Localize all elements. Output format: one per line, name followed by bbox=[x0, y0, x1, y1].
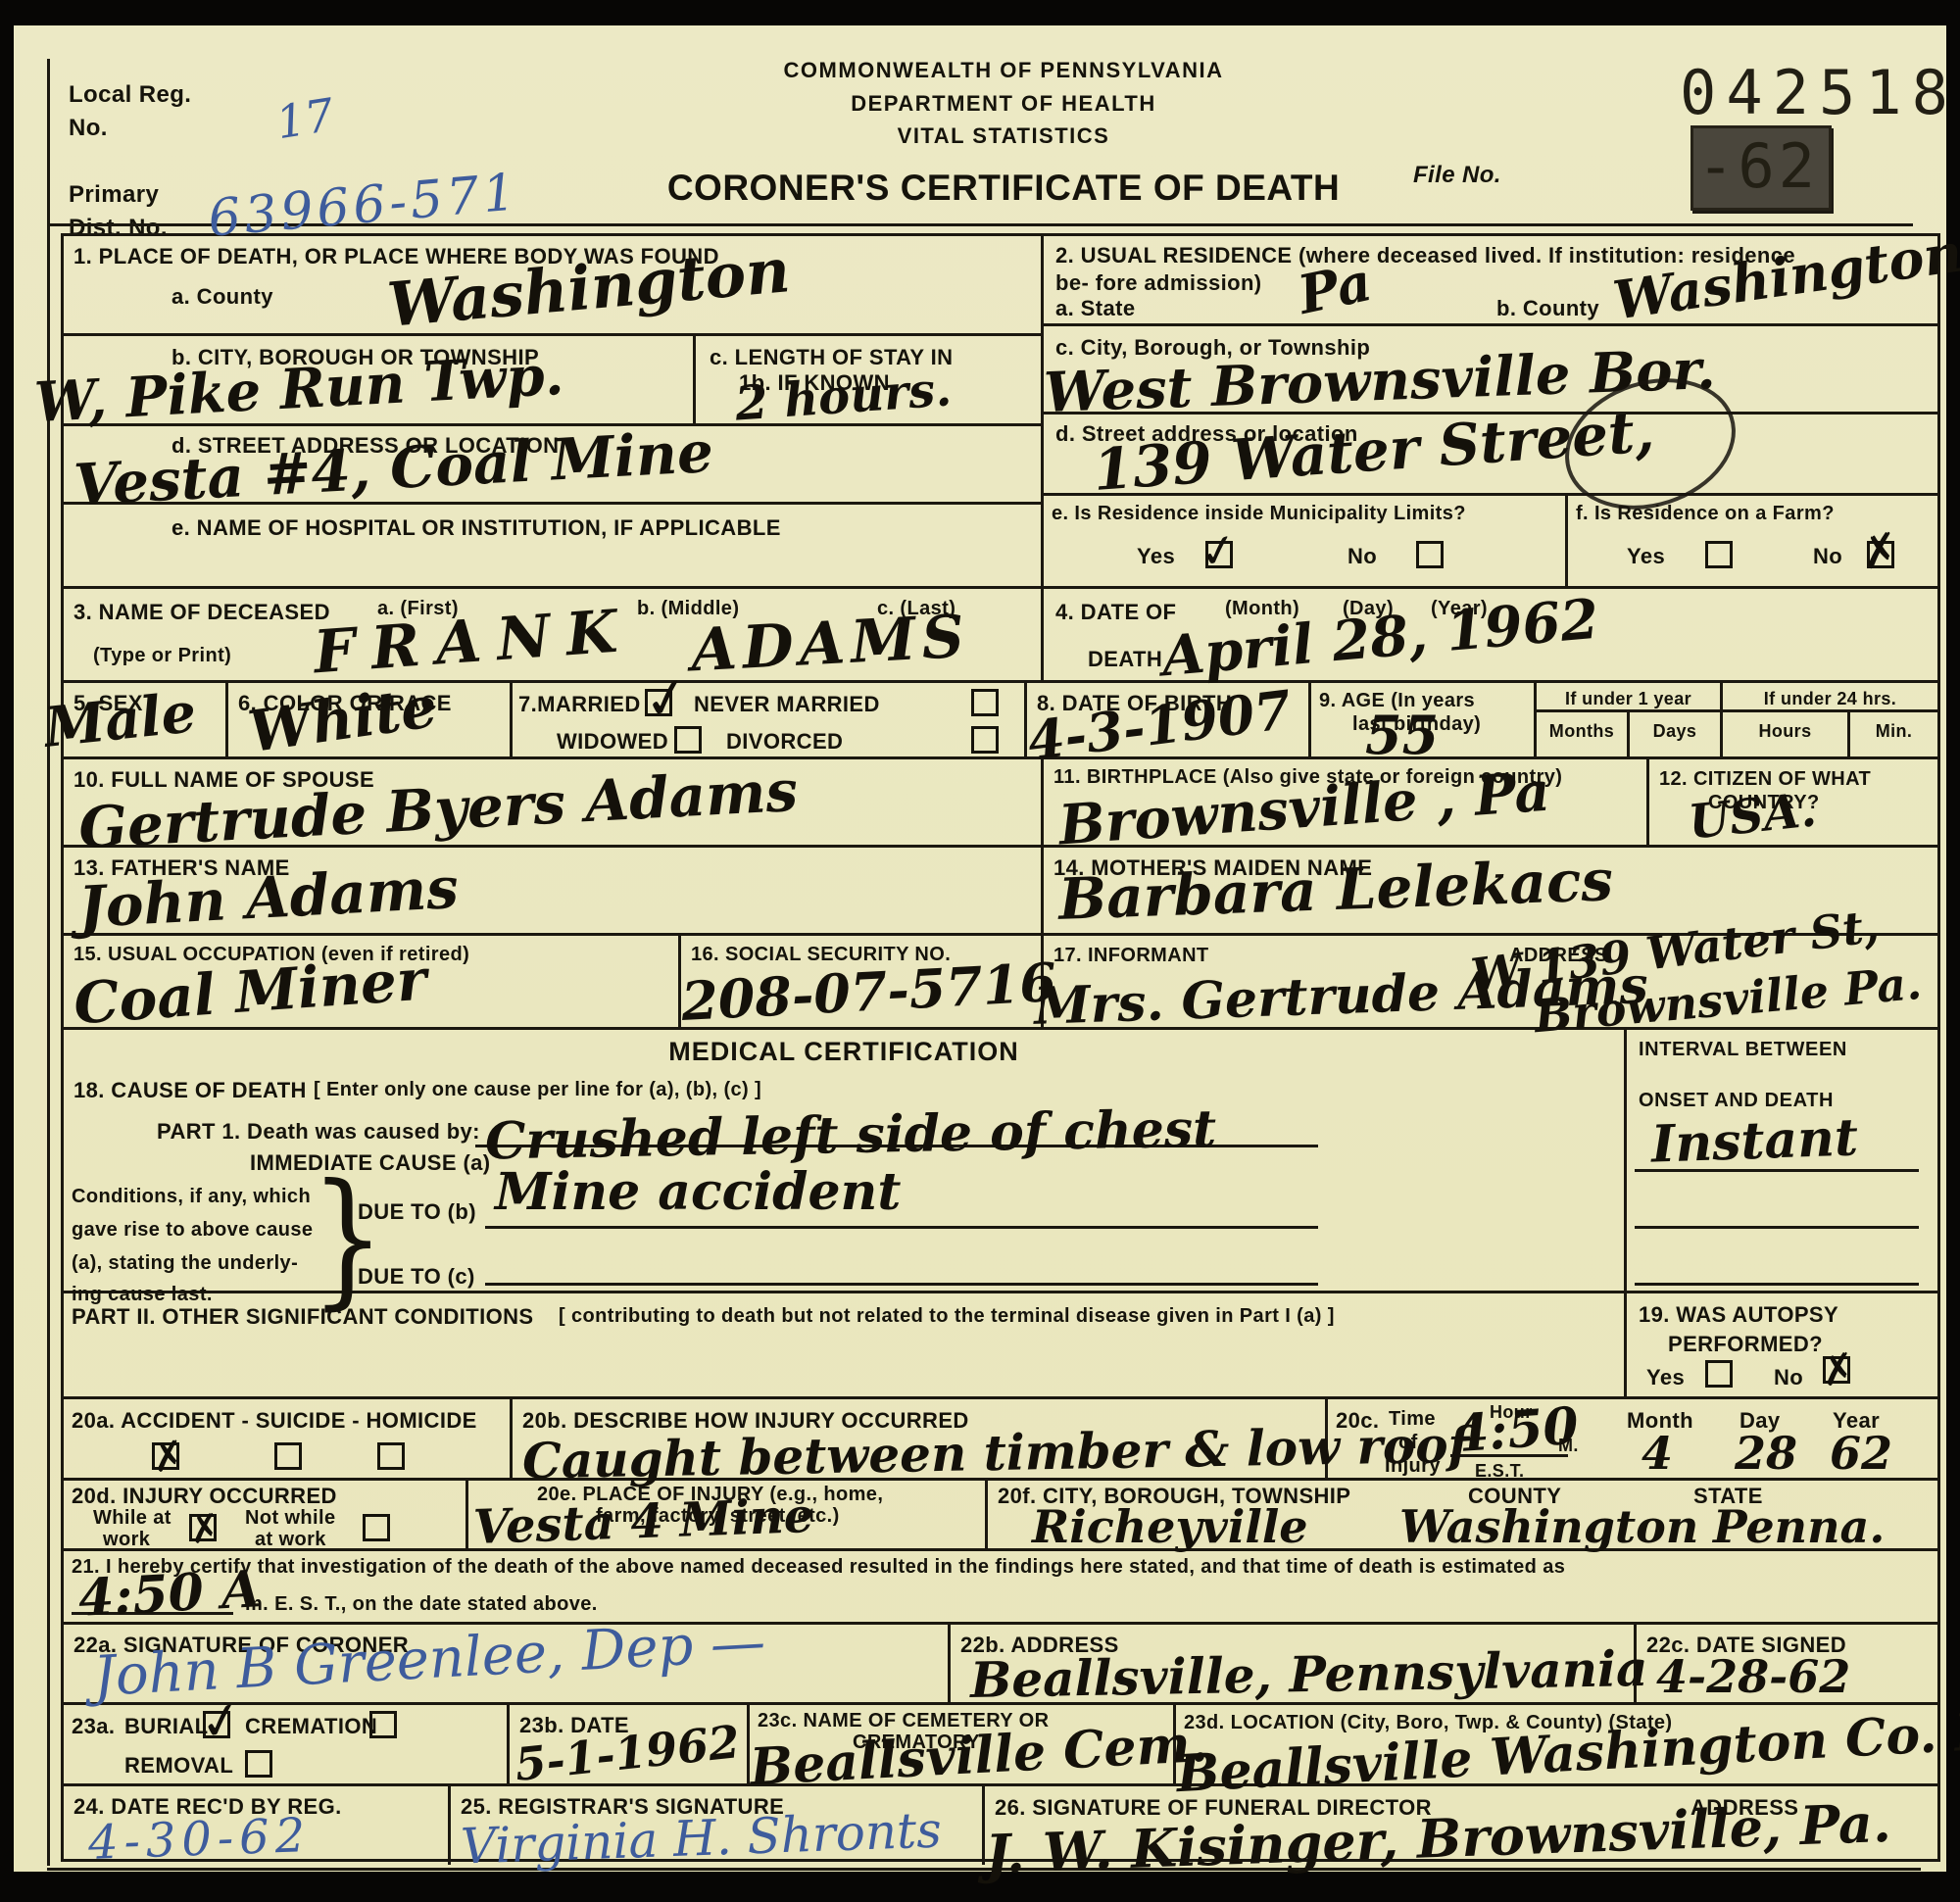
field-8-date-of-birth: 8. DATE OF BIRTH 4-3-1907 bbox=[1027, 683, 1311, 756]
married-checkbox: ✓ bbox=[645, 689, 672, 716]
date-signed-value: 4-28-62 bbox=[1656, 1654, 1850, 1699]
county-label: a. County bbox=[171, 283, 273, 311]
field-2ef: e. Is Residence inside Municipality Limi… bbox=[1044, 496, 1937, 589]
part1-label: PART 1. Death was caused by: bbox=[157, 1118, 480, 1146]
farm-no-label: No bbox=[1813, 543, 1842, 570]
mother-value: Barbara Lelekacs bbox=[1057, 852, 1614, 928]
cause-of-death-label: 18. CAUSE OF DEATH bbox=[73, 1077, 307, 1104]
interval-line-c bbox=[1635, 1283, 1919, 1286]
field-20e-place-of-injury: 20e. PLACE OF INJURY (e.g., home, farm, … bbox=[468, 1481, 988, 1548]
field-9-age: 9. AGE (In years last birthday) 55 bbox=[1311, 683, 1537, 756]
field-4-date-of-death: 4. DATE OF (Month) (Day) (Year) DEATH Ap… bbox=[1044, 589, 1937, 680]
sex-value: Male bbox=[41, 685, 198, 756]
type-or-print-label: (Type or Print) bbox=[93, 644, 231, 668]
injury-state-value: Penna. bbox=[1713, 1504, 1885, 1549]
removal-checkbox bbox=[245, 1750, 272, 1778]
field-7-marital: 7.MARRIED ✓ NEVER MARRIED WIDOWED DIVORC… bbox=[513, 683, 1027, 756]
department-line: DEPARTMENT OF HEALTH bbox=[621, 90, 1386, 118]
due-to-b-line bbox=[485, 1226, 1318, 1229]
cause-of-death-note: [ Enter only one cause per line for (a),… bbox=[314, 1078, 761, 1102]
date-of-label: 4. DATE OF bbox=[1055, 599, 1176, 626]
field-1b-city: b. CITY, BOROUGH OR TOWNSHIP W, Pike Run… bbox=[64, 336, 696, 423]
first-name-value: FRANK bbox=[312, 602, 634, 683]
field-1d-street: d. STREET ADDRESS OR LOCATION Vesta #4, … bbox=[64, 426, 1041, 505]
at-work-label: at work bbox=[255, 1528, 326, 1552]
interval-column: INTERVAL BETWEEN ONSET AND DEATH Instant bbox=[1627, 1030, 1937, 1291]
under-24-hrs-label: If under 24 hrs. bbox=[1723, 683, 1937, 712]
field-25-registrar: 25. REGISTRAR'S SIGNATURE Virginia H. Sh… bbox=[451, 1786, 985, 1865]
field-13-father: 13. FATHER'S NAME John Adams bbox=[64, 848, 1044, 933]
municipality-no-checkbox bbox=[1416, 541, 1444, 568]
field-11-birthplace: 11. BIRTHPLACE (Also give state or forei… bbox=[1044, 759, 1649, 845]
death-label: DEATH bbox=[1088, 646, 1162, 673]
accident-mark: ✗ bbox=[149, 1435, 188, 1479]
row-medical-certification: MEDICAL CERTIFICATION 18. CAUSE OF DEATH… bbox=[64, 1030, 1937, 1293]
farm-yes-label: Yes bbox=[1627, 543, 1665, 570]
injury-year-value: 62 bbox=[1830, 1431, 1892, 1476]
part2-title: PART II. OTHER SIGNIFICANT CONDITIONS bbox=[72, 1303, 534, 1331]
field-17-informant: 17. INFORMANT ADDRESS Mrs. Gertrude Adam… bbox=[1044, 936, 1937, 1027]
field-9-under-1-year: If under 1 year Months Days bbox=[1537, 683, 1723, 756]
interval-label-1: INTERVAL BETWEEN bbox=[1639, 1038, 1847, 1062]
injury-county-value: Washington bbox=[1399, 1504, 1698, 1549]
age-value: 55 bbox=[1365, 708, 1439, 761]
field-24-date-received: 24. DATE REC'D BY REG. 4-30-62 bbox=[64, 1786, 451, 1865]
field-2ab: 2. USUAL RESIDENCE (where deceased lived… bbox=[1044, 236, 1937, 326]
field-1a-county: 1. PLACE OF DEATH, OR PLACE WHERE BODY W… bbox=[64, 236, 1041, 336]
due-to-c-line bbox=[485, 1283, 1318, 1286]
cremation-label: CREMATION bbox=[245, 1713, 377, 1740]
part2-note: [ contributing to death but not related … bbox=[559, 1304, 1335, 1329]
agency-header: COMMONWEALTH OF PENNSYLVANIA DEPARTMENT … bbox=[621, 57, 1386, 211]
field-23d-location: 23d. LOCATION (City, Boro, Twp. & County… bbox=[1176, 1705, 1937, 1783]
autopsy-yes-label: Yes bbox=[1646, 1364, 1685, 1391]
field-20d-injury-occurred: 20d. INJURY OCCURRED While at work ✗ Not… bbox=[64, 1481, 468, 1548]
left-double-rule bbox=[47, 59, 50, 1866]
name-title: 3. NAME OF DECEASED bbox=[73, 599, 330, 626]
ssn-value: 208-07-5716 bbox=[680, 955, 1057, 1028]
suicide-checkbox bbox=[274, 1442, 302, 1470]
municipality-question: e. Is Residence inside Municipality Limi… bbox=[1052, 502, 1466, 526]
row-23-burial: 23a. BURIAL ✓ CREMATION REMOVAL 23b. DAT… bbox=[64, 1705, 1937, 1786]
field-26-funeral-director: 26. SIGNATURE OF FUNERAL DIRECTOR ADDRES… bbox=[985, 1786, 1937, 1865]
burial-mark: ✓ bbox=[196, 1693, 247, 1751]
date-received-value: 4-30-62 bbox=[87, 1812, 312, 1867]
injury-month-value: 4 bbox=[1641, 1431, 1673, 1476]
row-place-residence: 1. PLACE OF DEATH, OR PLACE WHERE BODY W… bbox=[64, 236, 1937, 589]
autopsy-label-2: PERFORMED? bbox=[1668, 1331, 1823, 1358]
while-at-work-mark: ✗ bbox=[186, 1508, 223, 1550]
row-spouse-birthplace-citizen: 10. FULL NAME OF SPOUSE Gertrude Byers A… bbox=[64, 759, 1937, 848]
row-21-certify: 21. I hereby certify that investigation … bbox=[64, 1551, 1937, 1625]
row-name-dateofdeath: 3. NAME OF DECEASED (Type or Print) a. (… bbox=[64, 589, 1937, 683]
residence-state-value: Pa bbox=[1294, 255, 1376, 321]
field-2d-street: d. Street address or location 139 Water … bbox=[1044, 415, 1937, 496]
farm-yes-checkbox bbox=[1705, 541, 1733, 568]
vital-statistics-line: VITAL STATISTICS bbox=[621, 122, 1386, 150]
autopsy-label-1: 19. WAS AUTOPSY bbox=[1639, 1301, 1838, 1329]
never-married-checkbox bbox=[971, 689, 999, 716]
medical-certification-banner: MEDICAL CERTIFICATION bbox=[64, 1036, 1624, 1069]
field-3-name-of-deceased: 3. NAME OF DECEASED (Type or Print) a. (… bbox=[64, 589, 1044, 680]
min-label: Min. bbox=[1850, 712, 1937, 756]
local-reg-label-2: No. bbox=[69, 114, 108, 143]
city-borough-value: W, Pike Run Twp. bbox=[33, 348, 565, 430]
municipality-yes-checkbox: ✓ bbox=[1205, 541, 1233, 568]
while-at-work-checkbox: ✗ bbox=[189, 1514, 217, 1541]
length-stay-value: 2 hours. bbox=[734, 366, 954, 427]
row-24-26: 24. DATE REC'D BY REG. 4-30-62 25. REGIS… bbox=[64, 1786, 1937, 1865]
certify-time-value: 4:50 A bbox=[77, 1564, 263, 1625]
conditions-brace: } bbox=[311, 1165, 385, 1312]
immediate-cause-value: Crushed left side of chest bbox=[485, 1103, 1217, 1167]
field-22b-address: 22b. ADDRESS Beallsville, Pennsylvania bbox=[951, 1625, 1637, 1702]
divorced-label: DIVORCED bbox=[726, 728, 843, 756]
row-father-mother: 13. FATHER'S NAME John Adams 14. MOTHER'… bbox=[64, 848, 1937, 936]
field-2e-municipality: e. Is Residence inside Municipality Limi… bbox=[1044, 496, 1568, 589]
stamp-prefix: 042518 bbox=[1680, 57, 1958, 128]
file-no-label: File No. bbox=[1413, 161, 1501, 190]
accident-suicide-homicide-label: 20a. ACCIDENT - SUICIDE - HOMICIDE bbox=[72, 1407, 477, 1435]
injury-city-value: Richeyville bbox=[1032, 1504, 1308, 1549]
widowed-checkbox bbox=[674, 726, 702, 754]
form-grid: 1. PLACE OF DEATH, OR PLACE WHERE BODY W… bbox=[61, 233, 1940, 1862]
field-23c-cemetery: 23c. NAME OF CEMETERY OR CREMATORY Beall… bbox=[750, 1705, 1176, 1783]
divorced-checkbox bbox=[971, 726, 999, 754]
est-label: E.S.T. bbox=[1475, 1460, 1524, 1483]
autopsy-no-mark: ✗ bbox=[1818, 1346, 1859, 1392]
field-1c-length-of-stay: c. LENGTH OF STAY IN 1b. IF KNOWN 2 hour… bbox=[696, 336, 1041, 423]
autopsy-yes-checkbox bbox=[1705, 1360, 1733, 1388]
commonwealth-line: COMMONWEALTH OF PENNSYLVANIA bbox=[621, 57, 1386, 84]
burial-num: 23a. bbox=[72, 1713, 115, 1740]
field-22c-date-signed: 22c. DATE SIGNED 4-28-62 bbox=[1637, 1625, 1937, 1702]
residence-state-label: a. State bbox=[1055, 295, 1135, 322]
field-20f-city-county-state: 20f. CITY, BOROUGH, TOWNSHIP COUNTY STAT… bbox=[988, 1481, 1937, 1548]
interval-value: Instant bbox=[1650, 1112, 1859, 1170]
field-23a-burial-cremation: 23a. BURIAL ✓ CREMATION REMOVAL bbox=[64, 1705, 510, 1783]
registrar-signature-value: Virginia H. Shronts bbox=[460, 1805, 942, 1871]
municipality-no-label: No bbox=[1347, 543, 1377, 570]
burial-label: BURIAL bbox=[124, 1713, 209, 1740]
field-15-occupation: 15. USUAL OCCUPATION (even if retired) C… bbox=[64, 936, 681, 1027]
medical-certification-main: MEDICAL CERTIFICATION 18. CAUSE OF DEATH… bbox=[64, 1030, 1627, 1291]
field-part2: PART II. OTHER SIGNIFICANT CONDITIONS [ … bbox=[64, 1293, 1627, 1396]
married-label: 7.MARRIED bbox=[518, 691, 641, 718]
cremation-checkbox bbox=[369, 1711, 397, 1738]
under-1-year-cells: Months Days bbox=[1537, 712, 1720, 756]
primary-dist-label-1: Primary bbox=[69, 180, 159, 210]
conditions-line-2: gave rise to above cause bbox=[72, 1218, 313, 1243]
bottom-double-rule bbox=[47, 1868, 1921, 1871]
field-20b-how-injury-occurred: 20b. DESCRIBE HOW INJURY OCCURRED Caught… bbox=[513, 1399, 1328, 1478]
coroner-address-value: Beallsville, Pennsylvania bbox=[970, 1644, 1648, 1705]
scanned-death-certificate: { "header": { "local_reg_line1": "Local … bbox=[0, 0, 1960, 1902]
interval-line-b bbox=[1635, 1226, 1919, 1229]
field-16-ssn: 16. SOCIAL SECURITY NO. 208-07-5716 bbox=[681, 936, 1044, 1027]
row-sex-race-marital: 5. SEX Male 6. COLOR OR RACE White 7.MAR… bbox=[64, 683, 1937, 759]
field-place-of-death: 1. PLACE OF DEATH, OR PLACE WHERE BODY W… bbox=[64, 236, 1044, 586]
field-9-under-24-hrs: If under 24 hrs. Hours Min. bbox=[1723, 683, 1937, 756]
field-22a-coroner-signature: 22a. SIGNATURE OF CORONER John B Greenle… bbox=[64, 1625, 951, 1702]
autopsy-no-checkbox: ✗ bbox=[1823, 1356, 1850, 1384]
field-5-sex: 5. SEX Male bbox=[64, 683, 228, 756]
field-19-autopsy: 19. WAS AUTOPSY PERFORMED? Yes No ✗ bbox=[1627, 1293, 1937, 1396]
field-10-spouse: 10. FULL NAME OF SPOUSE Gertrude Byers A… bbox=[64, 759, 1044, 845]
row-occupation-ssn-informant: 15. USUAL OCCUPATION (even if retired) C… bbox=[64, 936, 1937, 1030]
stamp-suffix: -62 bbox=[1693, 128, 1829, 208]
certificate-paper: Local Reg. No. 17 Primary Dist. No. 6396… bbox=[14, 25, 1946, 1872]
last-name-value: ADAMS bbox=[690, 608, 972, 681]
place-of-injury-value: Vesta 4 Mine bbox=[472, 1492, 814, 1551]
time-value: 4:50 bbox=[1451, 1401, 1580, 1461]
local-reg-label-1: Local Reg. bbox=[69, 80, 191, 110]
field-1e-hospital: e. NAME OF HOSPITAL OR INSTITUTION, IF A… bbox=[64, 505, 1041, 589]
autopsy-no-label: No bbox=[1774, 1364, 1803, 1391]
never-married-label: NEVER MARRIED bbox=[694, 691, 880, 718]
citizen-value: USA. bbox=[1687, 786, 1819, 846]
field-21-certification: 21. I hereby certify that investigation … bbox=[64, 1551, 1937, 1622]
field-6-race: 6. COLOR OR RACE White bbox=[228, 683, 513, 756]
residence-county-label: b. County bbox=[1496, 295, 1599, 322]
field-20a-accident-suicide-homicide: 20a. ACCIDENT - SUICIDE - HOMICIDE ✗ bbox=[64, 1399, 513, 1478]
accident-checkbox: ✗ bbox=[152, 1442, 179, 1470]
conditions-line-1: Conditions, if any, which bbox=[72, 1185, 311, 1209]
certify-suffix: m. E. S. T., on the date stated above. bbox=[245, 1592, 598, 1617]
removal-label: REMOVAL bbox=[124, 1752, 233, 1780]
homicide-checkbox bbox=[377, 1442, 405, 1470]
farm-no-mark: ✗ bbox=[1857, 525, 1902, 576]
municipality-yes-mark: ✓ bbox=[1196, 525, 1241, 576]
field-23b-date: 23b. DATE 5-1-1962 bbox=[510, 1705, 750, 1783]
file-number-stamp: 042518-62 bbox=[1680, 57, 1958, 208]
due-to-b-label: DUE TO (b) bbox=[358, 1198, 476, 1226]
farm-no-checkbox: ✗ bbox=[1867, 541, 1894, 568]
due-to-b-value: Mine accident bbox=[495, 1167, 901, 1218]
row-20abc: 20a. ACCIDENT - SUICIDE - HOMICIDE ✗ 20b… bbox=[64, 1399, 1937, 1481]
row-part2-autopsy: PART II. OTHER SIGNIFICANT CONDITIONS [ … bbox=[64, 1293, 1937, 1399]
field-1bc: b. CITY, BOROUGH OR TOWNSHIP W, Pike Run… bbox=[64, 336, 1041, 426]
hospital-label: e. NAME OF HOSPITAL OR INSTITUTION, IF A… bbox=[171, 514, 781, 542]
conditions-line-3: (a), stating the underly- bbox=[72, 1251, 298, 1276]
days-label: Days bbox=[1630, 712, 1720, 756]
field-2f-farm: f. Is Residence on a Farm? Yes No ✗ bbox=[1568, 496, 1937, 589]
burial-checkbox: ✓ bbox=[203, 1711, 230, 1738]
row-20def: 20d. INJURY OCCURRED While at work ✗ Not… bbox=[64, 1481, 1937, 1551]
municipality-yes-label: Yes bbox=[1137, 543, 1175, 570]
under-24-hrs-cells: Hours Min. bbox=[1723, 712, 1937, 756]
local-reg-number: 17 bbox=[273, 92, 337, 146]
row-22-coroner: 22a. SIGNATURE OF CORONER John B Greenle… bbox=[64, 1625, 1937, 1705]
months-label: Months bbox=[1537, 712, 1630, 756]
field-usual-residence: 2. USUAL RESIDENCE (where deceased lived… bbox=[1044, 236, 1937, 586]
due-to-c-label: DUE TO (c) bbox=[358, 1263, 475, 1291]
work-label: work bbox=[103, 1528, 150, 1552]
field-12-citizen: 12. CITIZEN OF WHAT COUNTRY? USA. bbox=[1649, 759, 1937, 845]
informant-label: 17. INFORMANT bbox=[1053, 944, 1209, 968]
injury-day-value: 28 bbox=[1735, 1431, 1797, 1476]
not-while-at-work-checkbox bbox=[363, 1514, 390, 1541]
field-2c-city: c. City, Borough, or Township West Brown… bbox=[1044, 326, 1937, 415]
street-address-value: Vesta #4, Coal Mine bbox=[73, 423, 714, 513]
father-value: John Adams bbox=[77, 859, 460, 936]
hours-label: Hours bbox=[1723, 712, 1850, 756]
certify-text: 21. I hereby certify that investigation … bbox=[72, 1555, 1914, 1580]
under-1-year-label: If under 1 year bbox=[1537, 683, 1720, 712]
certificate-title: CORONER'S CERTIFICATE OF DEATH bbox=[621, 166, 1386, 211]
married-mark: ✓ bbox=[639, 668, 694, 730]
